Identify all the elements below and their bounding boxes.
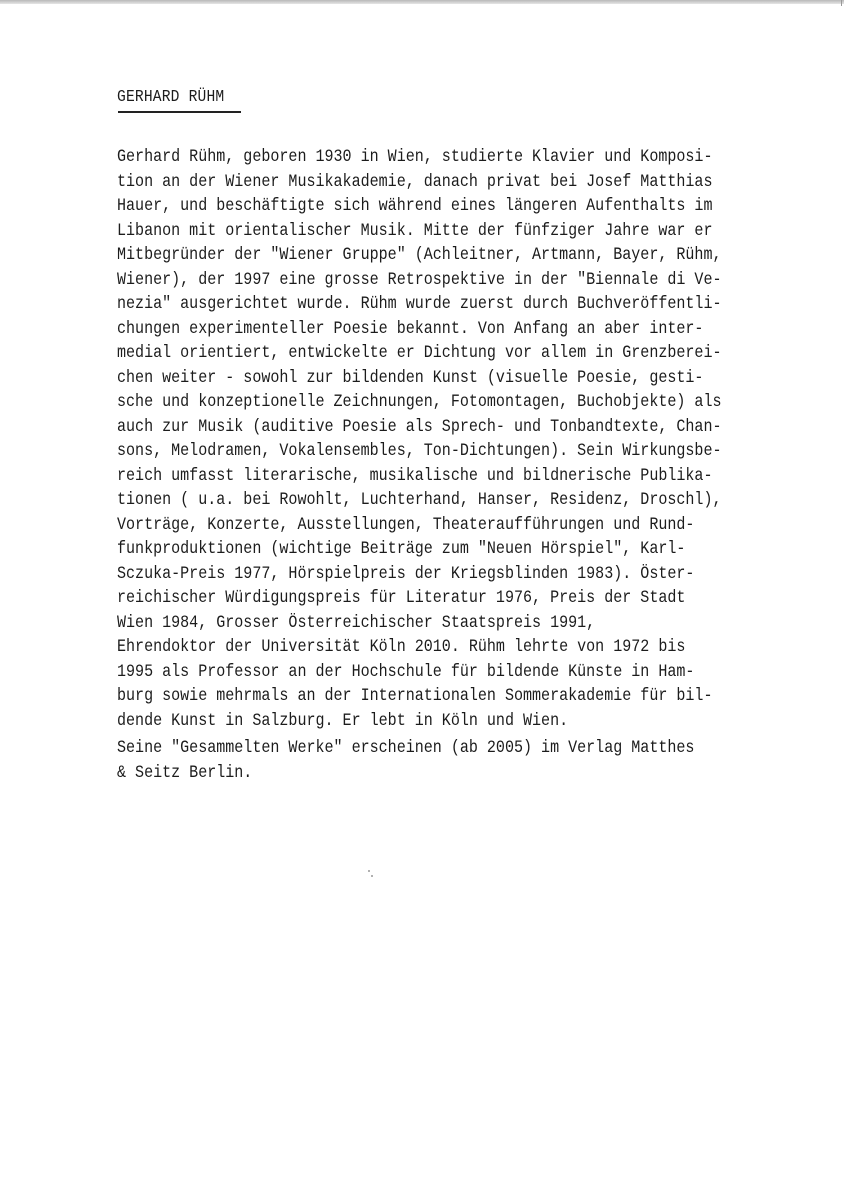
scan-edge-mark: [841, 0, 842, 6]
text-line: Seine "Gesammelten Werke" erscheinen (ab…: [117, 737, 796, 762]
text-line: Vorträge, Konzerte, Ausstellungen, Theat…: [117, 514, 796, 539]
text-line: Hauer, und beschäftigte sich während ein…: [117, 195, 796, 220]
scan-speck: [371, 875, 373, 877]
text-line: funkproduktionen (wichtige Beiträge zum …: [117, 538, 796, 563]
scan-top-edge: [0, 0, 844, 4]
text-line: burg sowie mehrmals an der International…: [117, 685, 796, 710]
text-line: medial orientiert, entwickelte er Dichtu…: [117, 342, 796, 367]
text-line: auch zur Musik (auditive Poesie als Spre…: [117, 416, 796, 441]
text-line: 1995 als Professor an der Hochschule für…: [117, 661, 796, 686]
document-heading: GERHARD RÜHM: [117, 88, 224, 107]
text-line: Wiener), der 1997 eine grosse Retrospekt…: [117, 269, 796, 294]
heading-underline: [118, 111, 241, 113]
text-line: chen weiter - sowohl zur bildenden Kunst…: [117, 367, 796, 392]
text-line: chungen experimenteller Poesie bekannt. …: [117, 318, 796, 343]
scan-speck: [368, 870, 370, 872]
text-line: nezia" ausgerichtet wurde. Rühm wurde zu…: [117, 293, 796, 318]
text-line: tionen ( u.a. bei Rowohlt, Luchterhand, …: [117, 489, 796, 514]
paragraph-collected-works: Seine "Gesammelten Werke" erscheinen (ab…: [117, 737, 844, 786]
text-line: reichischer Würdigungspreis für Literatu…: [117, 587, 796, 612]
text-line: & Seitz Berlin.: [117, 762, 796, 787]
text-line: Sczuka-Preis 1977, Hörspielpreis der Kri…: [117, 563, 796, 588]
document-body: Gerhard Rühm, geboren 1930 in Wien, stud…: [117, 146, 844, 786]
text-line: tion an der Wiener Musikakademie, danach…: [117, 171, 796, 196]
paragraph-biography: Gerhard Rühm, geboren 1930 in Wien, stud…: [117, 146, 844, 734]
text-line: Mitbegründer der "Wiener Gruppe" (Achlei…: [117, 244, 796, 269]
text-line: Libanon mit orientalischer Musik. Mitte …: [117, 220, 796, 245]
text-line: Gerhard Rühm, geboren 1930 in Wien, stud…: [117, 146, 796, 171]
text-line: reich umfasst literarische, musikalische…: [117, 465, 796, 490]
text-line: dende Kunst in Salzburg. Er lebt in Köln…: [117, 710, 796, 735]
text-line: Ehrendoktor der Universität Köln 2010. R…: [117, 636, 796, 661]
text-line: sons, Melodramen, Vokalensembles, Ton-Di…: [117, 440, 796, 465]
text-line: Wien 1984, Grosser Österreichischer Staa…: [117, 612, 796, 637]
text-line: sche und konzeptionelle Zeichnungen, Fot…: [117, 391, 796, 416]
